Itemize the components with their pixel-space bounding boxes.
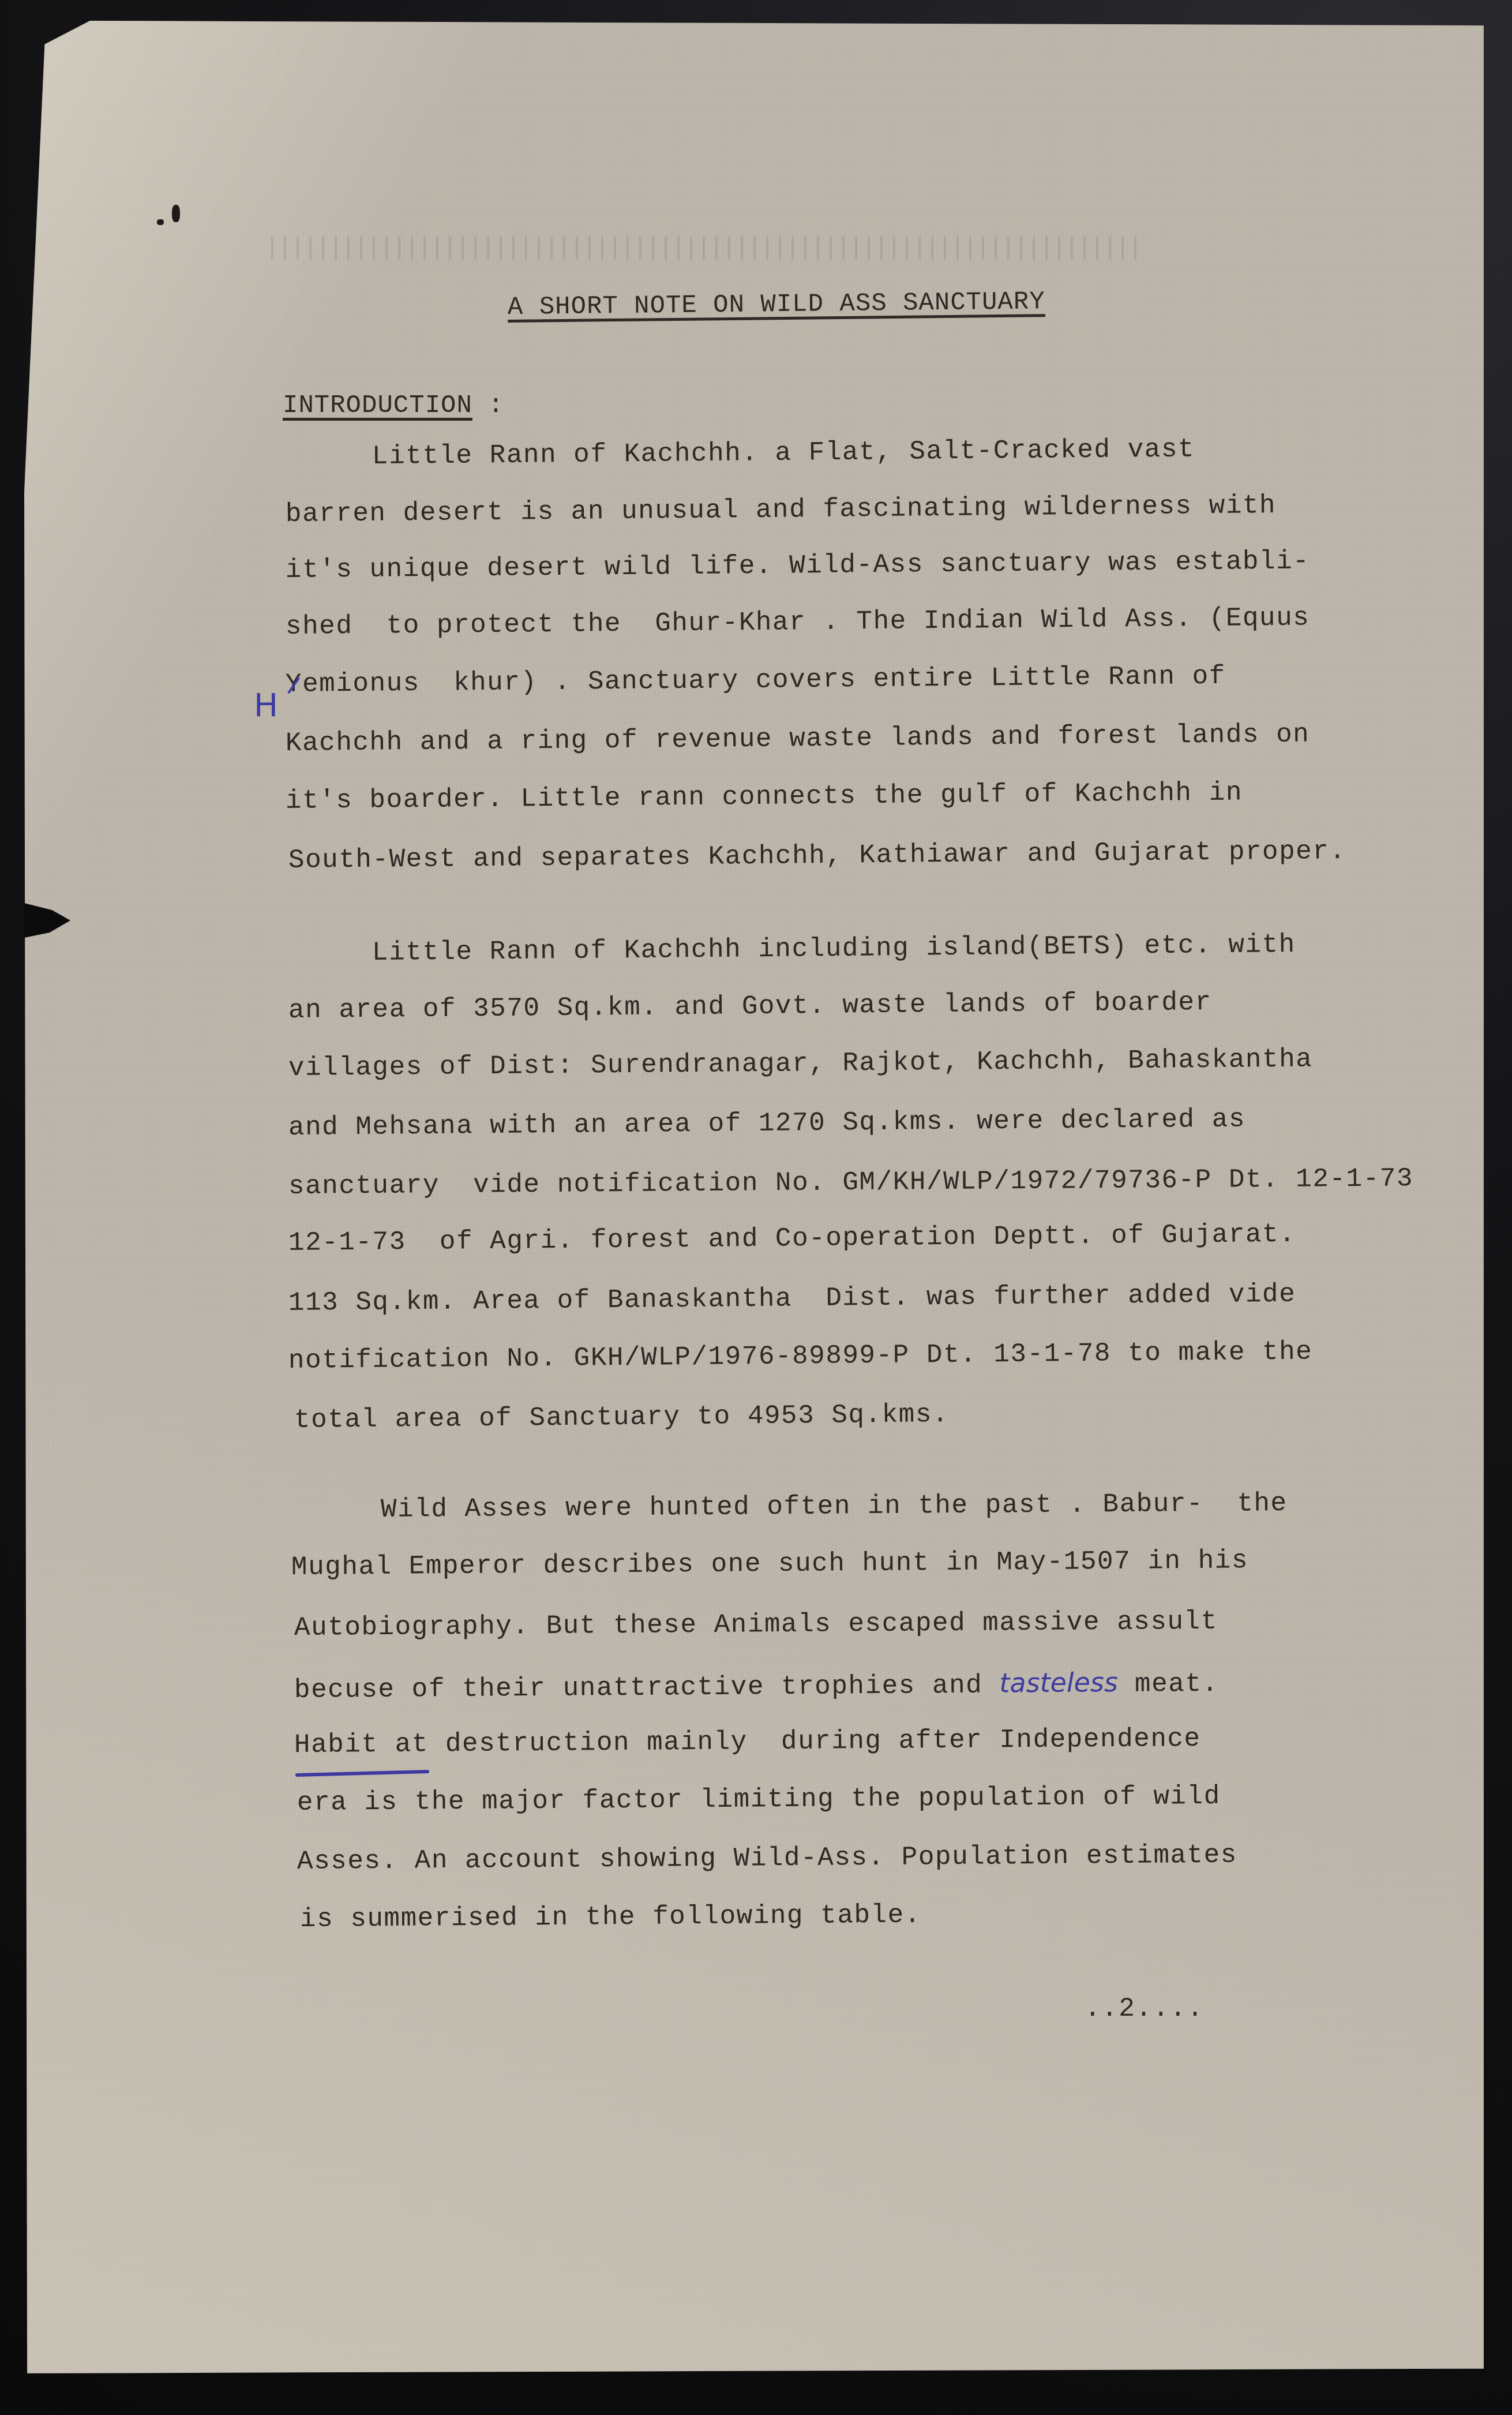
typed-document: A SHORT NOTE ON WILD ASS SANCTUARY INTRO…	[0, 0, 1512, 2415]
text-line: total area of Sanctuary to 4953 Sq.kms.	[294, 1399, 949, 1435]
text-line: Wild Asses were hunted often in the past…	[381, 1488, 1288, 1525]
text-line: it's unique desert wild life. Wild-Ass s…	[286, 546, 1310, 585]
text-line: Yemionus khur) . Sanctuary covers entire…	[286, 661, 1226, 699]
handwritten-insertion: tasteless	[999, 1667, 1118, 1698]
document-title: A SHORT NOTE ON WILD ASS SANCTUARY	[508, 287, 1045, 322]
text-line: Little Rann of Kachchh. a Flat, Salt-Cra…	[372, 435, 1195, 471]
text-line: era is the major factor limiting the pop…	[297, 1781, 1221, 1818]
text-line: sanctuary vide notification No. GM/KH/WL…	[288, 1163, 1413, 1201]
handwritten-underline	[295, 1770, 429, 1777]
text-line: Autobiography. But these Animals escaped…	[294, 1607, 1218, 1643]
text-line: is summerised in the following table.	[300, 1900, 921, 1934]
text-line: it's boarder. Little rann connects the g…	[286, 778, 1243, 816]
text-line-tail: meat.	[1118, 1669, 1219, 1699]
text-line: Mughal Emperor describes one such hunt i…	[291, 1545, 1248, 1582]
text-line: 12-1-73 of Agri. forest and Co-operation…	[288, 1219, 1296, 1258]
section-heading: INTRODUCTION :	[283, 391, 504, 420]
text-line-body: emionus khur) . Sanctuary covers entire …	[302, 661, 1226, 699]
text-line-body: becuse of their unattractive trophies an…	[294, 1671, 983, 1705]
struck-letter: Y	[286, 669, 303, 699]
section-heading-colon: :	[472, 391, 504, 420]
text-line: and Mehsana with an area of 1270 Sq.kms.…	[288, 1104, 1245, 1143]
text-line: becuse of their unattractive trophies an…	[294, 1666, 1219, 1705]
handwritten-correction-h: H	[254, 687, 278, 724]
text-line: shed to protect the Ghur-Khar . The Indi…	[286, 603, 1310, 642]
text-line: Kachchh and a ring of revenue waste land…	[286, 720, 1310, 758]
text-line: Habit at destruction mainly during after…	[294, 1724, 1201, 1760]
page-continuation-marker: ..2....	[1085, 1994, 1204, 2024]
text-line: Asses. An account showing Wild-Ass. Popu…	[297, 1840, 1237, 1877]
text-line: Little Rann of Kachchh including island(…	[372, 930, 1296, 968]
text-line: South-West and separates Kachchh, Kathia…	[288, 836, 1346, 875]
text-line: villages of Dist: Surendranagar, Rajkot,…	[288, 1044, 1313, 1083]
text-line: notification No. GKH/WLP/1976-89899-P Dt…	[288, 1337, 1313, 1376]
text-line: barren desert is an unusual and fascinat…	[286, 491, 1277, 529]
text-line: an area of 3570 Sq.km. and Govt. waste l…	[288, 987, 1212, 1025]
section-heading-text: INTRODUCTION	[283, 391, 472, 420]
text-line: 113 Sq.km. Area of Banaskantha Dist. was…	[288, 1279, 1296, 1318]
